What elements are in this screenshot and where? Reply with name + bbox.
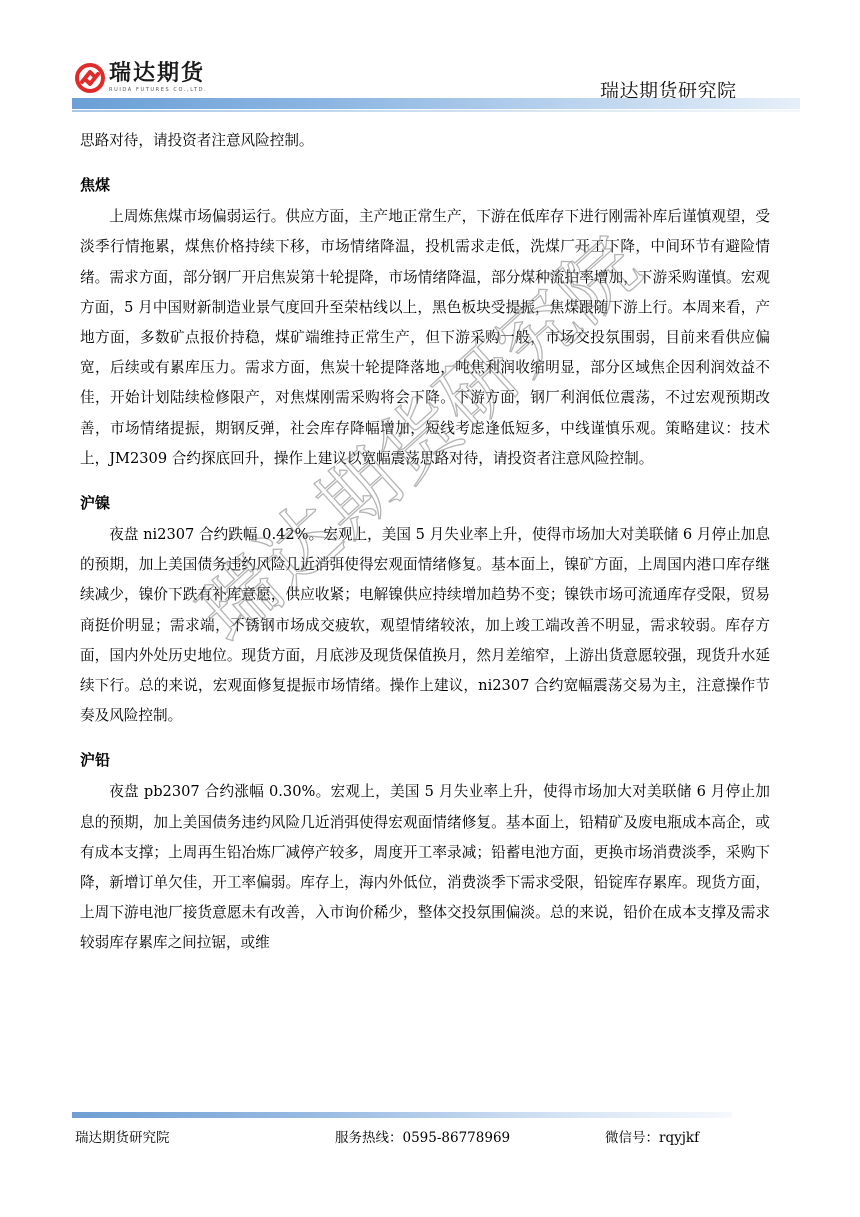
- page-header: 瑞达期货 RUIDA FUTURES CO.,LTD. 瑞达期货研究院: [0, 0, 860, 120]
- hotline-label: 服务热线：: [335, 1130, 403, 1146]
- section-paragraph: 上周炼焦煤市场偏弱运行。供应方面，主产地正常生产，下游在低库存下进行刚需补库后谨…: [80, 202, 770, 474]
- section-paragraph: 夜盘 ni2307 合约跌幅 0.42%。宏观上，美国 5 月失业率上升，使得市…: [80, 520, 770, 731]
- section-coking-coal: 焦煤 上周炼焦煤市场偏弱运行。供应方面，主产地正常生产，下游在低库存下进行刚需补…: [80, 170, 770, 474]
- hotline-number: 0595-86778969: [403, 1130, 511, 1146]
- footer-wechat: 微信号：rqyjkf: [605, 1126, 699, 1146]
- section-lead: 沪铅 夜盘 pb2307 合约涨幅 0.30%。宏观上，美国 5 月失业率上升，…: [80, 745, 770, 958]
- footer-hotline: 服务热线：0595-86778969: [335, 1126, 510, 1146]
- company-logo: 瑞达期货 RUIDA FUTURES CO.,LTD.: [75, 62, 207, 94]
- ruida-logo-icon: [75, 63, 105, 93]
- logo-english-name: RUIDA FUTURES CO.,LTD.: [109, 87, 207, 94]
- section-paragraph: 夜盘 pb2307 合约涨幅 0.30%。宏观上，美国 5 月失业率上升，使得市…: [80, 777, 770, 958]
- section-title: 沪铅: [80, 745, 770, 775]
- header-divider-band: [72, 98, 800, 109]
- section-nickel: 沪镍 夜盘 ni2307 合约跌幅 0.42%。宏观上，美国 5 月失业率上升，…: [80, 488, 770, 731]
- wechat-label: 微信号：: [605, 1130, 659, 1146]
- carryover-paragraph: 思路对待，请投资者注意风险控制。: [80, 126, 770, 156]
- logo-chinese-name: 瑞达期货: [109, 62, 207, 86]
- report-body: 思路对待，请投资者注意风险控制。 焦煤 上周炼焦煤市场偏弱运行。供应方面，主产地…: [80, 126, 770, 959]
- footer-institute-name: 瑞达期货研究院: [75, 1126, 170, 1146]
- section-title: 焦煤: [80, 170, 770, 200]
- wechat-id: rqyjkf: [659, 1130, 699, 1146]
- footer-divider-band: [72, 1112, 732, 1118]
- section-title: 沪镍: [80, 488, 770, 518]
- header-divider-line: [72, 110, 800, 112]
